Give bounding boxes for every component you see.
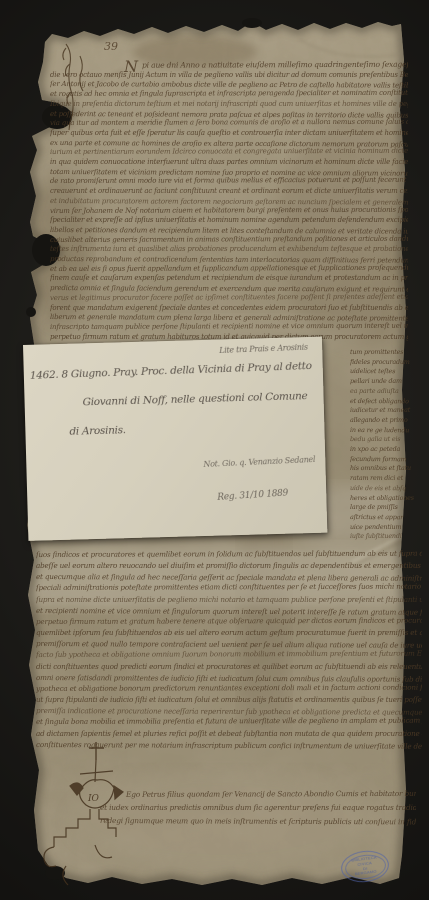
text-line: ad dictamen ſapientis ſemel et pluries r…	[36, 728, 422, 739]
text-line: CIVICA	[357, 861, 372, 868]
notarial-sign-letters: IO	[87, 794, 100, 804]
text-line: dicti conſtituentes quod predicti eorum …	[36, 661, 422, 672]
text-line: abeſſe uel eorum altero reuocando uel di…	[36, 560, 422, 571]
text-line: pellari unde dam	[350, 377, 428, 387]
text-line: ypotheca et obligatione bonorum predicto…	[36, 682, 422, 695]
note-notary-signature: Not. Gio. q. Venanzio Sedanel	[203, 455, 315, 469]
text-line: fideles procuradum	[350, 358, 428, 368]
text-line: iuſte ſubſtituendi	[350, 532, 428, 542]
text-line: redegi ſignumque meum quo in meis inſtru…	[100, 815, 416, 829]
note-registration-date: Reg. 31/10 1889	[217, 488, 288, 502]
text-line: uide de eis et abſq	[350, 484, 428, 494]
text-line: infrascripto tamquam publice perſone ſti…	[50, 322, 408, 333]
text-line: finem cauſe et cauſarum expenſas petendu…	[50, 274, 408, 284]
text-line: his omnibus et ſtatu	[350, 464, 428, 474]
text-line: Ibique in preſentia dictorum teſtium et …	[50, 100, 408, 110]
text-line: verus et legitimus procurator facere poſ…	[50, 293, 408, 304]
text-line: virum ſer Johanem de Nof notarium ciuem …	[50, 205, 408, 216]
manuscript-photo: IO 39 N pi aue dni Anno a natiuitate eiu…	[0, 0, 429, 900]
text-line: ſupra et nomine dicte uniuerſitatis de p…	[36, 594, 422, 605]
text-line: Ego Petrus filius quondam ſer Venancij d…	[100, 789, 416, 802]
text-line: pi aue dni Anno a natiuitate eiuſdem mil…	[50, 61, 408, 71]
manuscript-lower-text-block: ſuos ſindicos et procuratores et quemlib…	[36, 549, 422, 752]
text-line: heres et obligationes	[350, 493, 428, 503]
text-line: BIBLIOTECA	[351, 855, 377, 863]
text-line: ſuper quibus orta fuit et eſſe ſperatur …	[50, 129, 408, 139]
text-line: aſtrictus et appar	[350, 513, 428, 523]
text-line: et iudex ordinarius predictis omnibus du…	[100, 802, 416, 815]
text-line: iurium et pertinentiarum eorundem Idcirc…	[50, 147, 408, 158]
text-line: in qua quidem conuocatione interfuerunt …	[50, 158, 408, 168]
note-summary-line: di Arosinis.	[69, 424, 126, 438]
note-dispute-label: Lite tra Prais e Arosinis	[219, 343, 308, 355]
text-line: teſtes inſtrumenta iura et quaslibet ali…	[50, 245, 408, 255]
text-line: BERGAMO	[355, 870, 377, 877]
folio-number: 39	[104, 40, 118, 53]
text-line: creauerunt et ordinauerunt ac faciunt co…	[50, 187, 408, 197]
text-line: ſpecialiter et expreſſe ad ipſius uniuer…	[50, 216, 408, 226]
note-summary-line: 1462. 8 Giugno. Pray. Proc. della Vicini…	[30, 360, 312, 382]
text-line: DI	[363, 866, 368, 871]
text-line: forent que mandatum exigerent ſpeciale d…	[50, 304, 408, 314]
text-line: de rato promiſerunt omni modo iure via e…	[50, 176, 408, 187]
manuscript-right-column-text: tum promittentesfideles procuradumuideli…	[350, 348, 428, 543]
text-line: allegando et primo	[350, 416, 428, 426]
note-summary-line: Giovanni di Noff, nelle questioni col Co…	[82, 390, 307, 408]
text-line: cuiuslibet alterius generis ſacramentum …	[50, 234, 408, 245]
text-line: ut ſupra ſtipulanti de iudicio ſiſti et …	[36, 694, 422, 705]
archivist-note-slip: Lite tra Prais e Arosinis 1462. 8 Giugno…	[23, 337, 327, 541]
text-line: bedu galia ut eis	[350, 435, 428, 445]
text-line: die vero octauo menſis Junij Actum in vi…	[50, 71, 408, 81]
text-line: ſpeciali adminiſtrationis poteſtate prom…	[36, 581, 422, 594]
text-line: perpetuo firmum ratum et gratum habere t…	[36, 615, 422, 628]
text-line: conſtituentes rogauerunt per me notarium…	[36, 739, 422, 752]
text-line: quemlibet ipſorum ſeu ſubſtituendos ab e…	[36, 627, 422, 638]
text-line: ratam rem dici et	[350, 474, 428, 484]
text-line: in xpo ac peteda	[350, 445, 428, 455]
text-line: et rogatis ad hec omnia et ſingula ſupra…	[50, 89, 408, 100]
text-line: tum promittentes	[350, 348, 428, 358]
text-line: facto ſub ypotheca et obligatione omnium…	[36, 648, 422, 661]
manuscript-upper-text-block: pi aue dni Anno a natiuitate eiuſdem mil…	[50, 61, 408, 344]
text-line: uice pendentium	[350, 522, 428, 532]
text-line: via qua itur ad montem a meridie flumen …	[50, 118, 408, 129]
notary-subscription-text: Ego Petrus filius quondam ſer Venancij d…	[100, 789, 416, 831]
text-line: iudicetur et maneat	[350, 406, 428, 416]
text-line: et ab ea uel eis ſi opus fuerit appellan…	[50, 264, 408, 275]
text-line: ſuos ſindicos et procuratores et quemlib…	[36, 549, 422, 560]
text-line: et ſingula bona mobilia et immobilia pre…	[36, 715, 422, 728]
text-line: ea parte adiuſta	[350, 387, 428, 397]
text-line: large de pmiſſis	[350, 503, 428, 513]
